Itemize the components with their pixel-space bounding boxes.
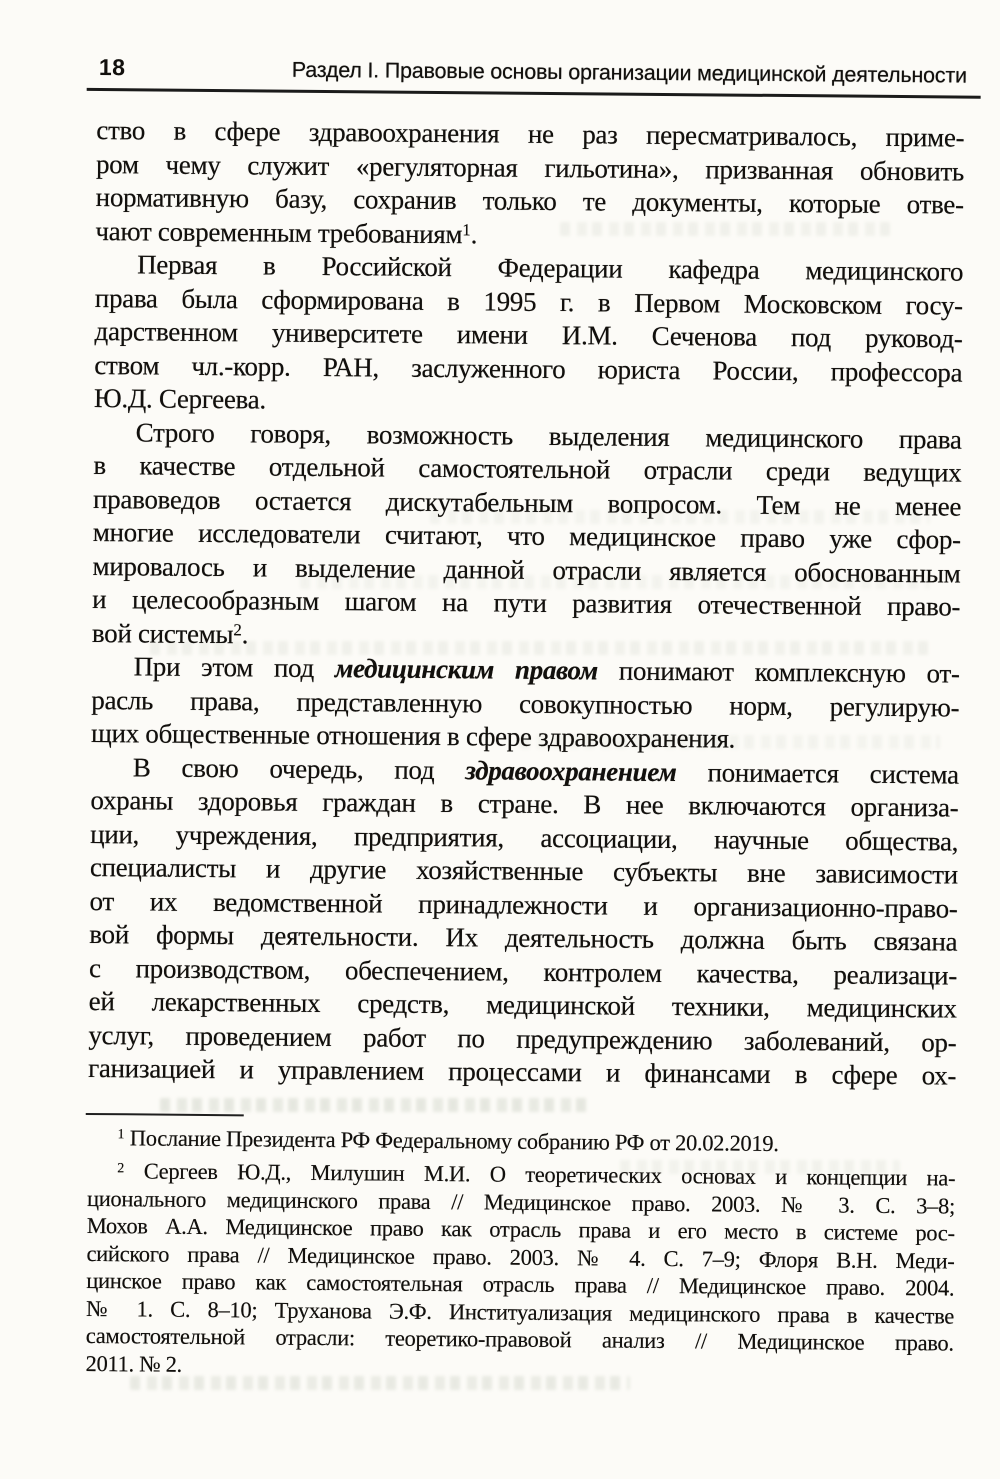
section-title: Раздел I. Правовые основы организации ме… <box>292 58 967 89</box>
body-text: ство в сфере здравоохранения не раз пере… <box>88 114 964 1093</box>
paragraph: При этом под медицинским правом понимают… <box>91 650 960 758</box>
paragraph: В свою очередь, под здравоохранением пон… <box>88 750 959 1093</box>
footnotes-section: 1 Послание Президента РФ Федеральному со… <box>85 1112 955 1384</box>
paragraph: Первая в Российской Федерации кафедра ме… <box>94 248 963 423</box>
page-content: 18 Раздел I. Правовые основы организации… <box>85 54 965 1391</box>
paragraph: Строго говоря, возможность выделения мед… <box>92 415 962 657</box>
page-number: 18 <box>99 54 126 81</box>
footnote: 2 Сергеев Ю.Д., Милушин М.И. О теоретиче… <box>85 1157 955 1385</box>
footnote: 1 Послание Президента РФ Федеральному со… <box>87 1123 955 1158</box>
paragraph: ство в сфере здравоохранения не раз пере… <box>95 114 964 256</box>
running-header: 18 Раздел I. Правовые основы организации… <box>87 54 981 99</box>
footnote-divider <box>86 1112 244 1115</box>
text-line: 1 Послание Президента РФ Федеральному со… <box>87 1123 955 1158</box>
book-page: 18 Раздел I. Правовые основы организации… <box>0 0 1000 1479</box>
text-line: ганизацией и управлением процессами и фи… <box>88 1052 956 1093</box>
